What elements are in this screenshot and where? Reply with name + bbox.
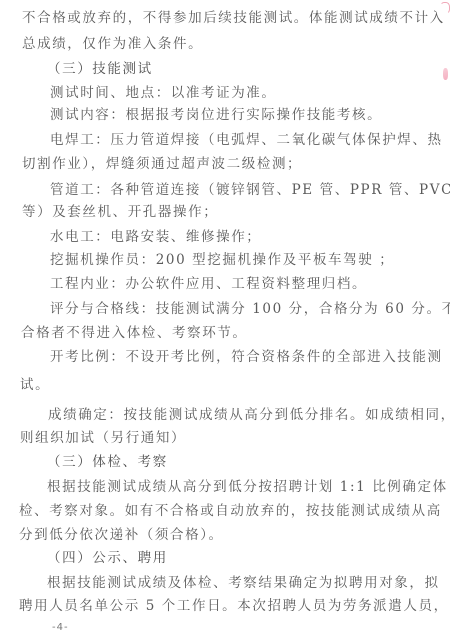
section-heading: （三）体检、考察	[47, 453, 168, 471]
page-number: -4-	[52, 622, 69, 633]
paragraph-line: 根据技能测试成绩及体检、考察结果确定为拟聘用对象，拟	[47, 574, 440, 592]
paragraph-line: 切割作业），焊缝须通过超声波二级检测；	[22, 155, 302, 173]
section-heading: （三）技能测试	[47, 60, 153, 78]
paragraph-line: 聘用人员名单公示 5 个工作日。本次招聘人员为劳务派遣人员，	[19, 597, 449, 615]
paragraph-line: 检、考察对象。如有不合格或自动放弃的，按技能测试成绩从高	[19, 502, 442, 520]
paragraph-line: 水电工：电路安装、维修操作；	[50, 228, 261, 246]
paragraph-line: 根据技能测试成绩从高分到低分按招聘计划 1:1 比例确定体	[47, 478, 448, 496]
paragraph-line: 总成绩，仅作为准入条件。	[22, 35, 203, 53]
paragraph-line: 评分与合格线：技能测试满分 100 分，合格分为 60 分。不	[50, 300, 450, 318]
paragraph-line: 测试内容：根据报考岗位进行实际操作技能考核。	[50, 106, 382, 124]
paragraph-line: 则组织加试（另行通知）	[20, 429, 186, 447]
paragraph-line: 工程内业：办公软件应用、工程资料整理归档。	[50, 275, 367, 293]
paragraph-line: 管道工：各种管道连接（镀锌钢管、PE 管、PPR 管、PVC 管	[50, 181, 450, 199]
paragraph-line: 合格者不得进入体检、考察环节。	[21, 324, 248, 342]
paragraph-line: 电焊工：压力管道焊接（电弧焊、二氧化碳气体保护焊、热	[50, 131, 443, 149]
paragraph-line: 成绩确定：按技能测试成绩从高分到低分排名。如成绩相同，	[48, 406, 450, 424]
section-heading: （四）公示、聘用	[47, 549, 168, 567]
paragraph-line: 试。	[20, 376, 50, 394]
document-page: -4- 不合格或放弃的，不得参加后续技能测试。体能测试成绩不计入总成绩，仅作为准…	[0, 0, 450, 642]
red-stamp-mark	[443, 68, 448, 80]
paragraph-line: 不合格或放弃的，不得参加后续技能测试。体能测试成绩不计入	[22, 9, 445, 27]
paragraph-line: 等）及套丝机、开孔器操作；	[22, 203, 218, 221]
paragraph-line: 挖掘机操作员：200 型挖掘机操作及平板车驾驶 ；	[50, 251, 394, 269]
paragraph-line: 开考比例：不设开考比例，符合资格条件的全部进入技能测	[50, 348, 443, 366]
paragraph-line: 测试时间、地点：以准考证为准。	[50, 84, 277, 102]
paragraph-line: 分到低分依次递补（须合格）。	[19, 526, 224, 544]
